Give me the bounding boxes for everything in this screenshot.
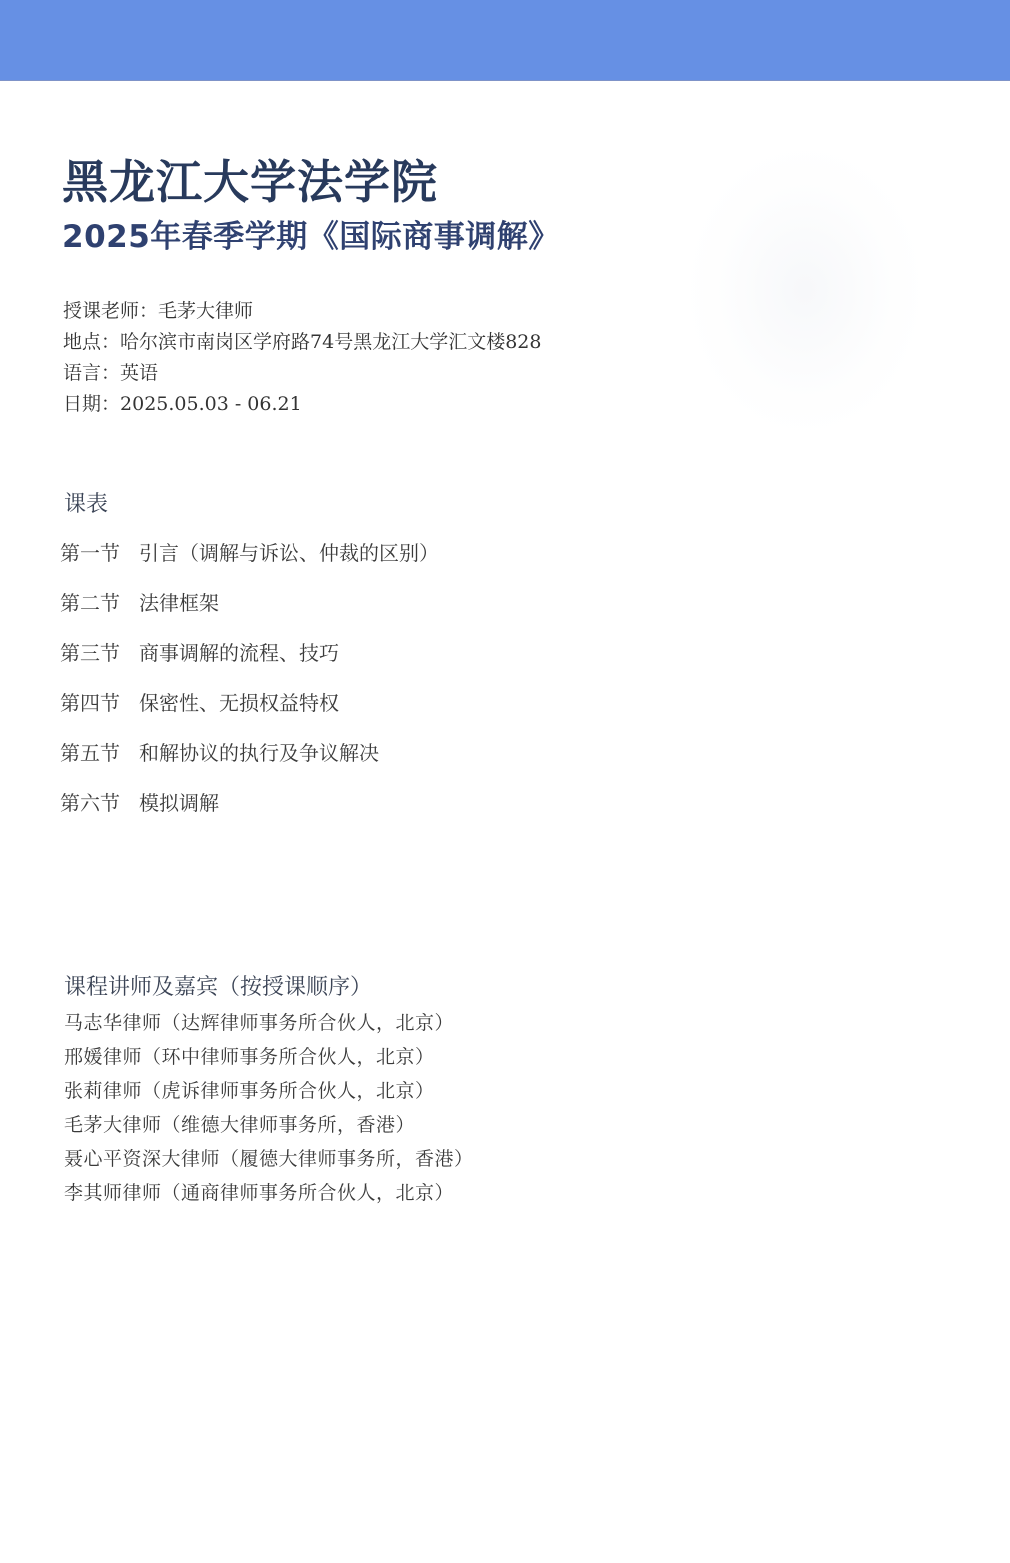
lesson-item: 第一节 引言（调解与诉讼、仲裁的区别） [60, 535, 439, 585]
lesson-topic: 商事调解的流程、技巧 [139, 635, 339, 685]
lesson-topic: 和解协议的执行及争议解决 [139, 735, 379, 785]
meta-location: 地点：哈尔滨市南岗区学府路74号黑龙江大学汇文楼828 [63, 327, 541, 358]
instructors-list: 马志华律师（达辉律师事务所合伙人，北京） 邢媛律师（环中律师事务所合伙人，北京）… [64, 1006, 474, 1210]
lesson-number: 第二节 [60, 585, 139, 635]
header-band [0, 0, 1010, 81]
meta-value: 2025.05.03 - 06.21 [120, 393, 302, 415]
instructor-item: 李其师律师（通商律师事务所合伙人，北京） [64, 1176, 474, 1210]
lesson-item: 第二节 法律框架 [60, 585, 439, 635]
schedule-list: 第一节 引言（调解与诉讼、仲裁的区别） 第二节 法律框架 第三节 商事调解的流程… [60, 535, 439, 835]
lesson-item: 第四节 保密性、无损权益特权 [60, 685, 439, 735]
meta-value: 哈尔滨市南岗区学府路74号黑龙江大学汇文楼828 [120, 331, 541, 353]
instructors-heading: 课程讲师及嘉宾（按授课顺序） [64, 970, 372, 1001]
meta-language: 语言：英语 [63, 358, 541, 389]
meta-value: 毛茅大律师 [158, 300, 253, 322]
meta-dates: 日期：2025.05.03 - 06.21 [63, 389, 541, 420]
course-info: 授课老师：毛茅大律师 地点：哈尔滨市南岗区学府路74号黑龙江大学汇文楼828 语… [63, 296, 541, 420]
lesson-number: 第四节 [60, 685, 139, 735]
meta-label: 地点： [63, 331, 120, 353]
institution-title: 黑龙江大学法学院 [62, 152, 438, 212]
instructor-item: 毛茅大律师（维德大律师事务所，香港） [64, 1108, 474, 1142]
meta-label: 语言： [63, 362, 120, 384]
lesson-topic: 模拟调解 [139, 785, 219, 835]
course-title: 2025年春季学期《国际商事调解》 [62, 215, 560, 259]
instructor-item: 聂心平资深大律师（履德大律师事务所，香港） [64, 1142, 474, 1176]
meta-label: 日期： [63, 393, 120, 415]
instructor-item: 马志华律师（达辉律师事务所合伙人，北京） [64, 1006, 474, 1040]
instructor-item: 张莉律师（虎诉律师事务所合伙人，北京） [64, 1074, 474, 1108]
lesson-item: 第五节 和解协议的执行及争议解决 [60, 735, 439, 785]
meta-value: 英语 [120, 362, 158, 384]
lesson-number: 第六节 [60, 785, 139, 835]
lesson-number: 第五节 [60, 735, 139, 785]
lesson-topic: 法律框架 [139, 585, 219, 635]
lesson-number: 第一节 [60, 535, 139, 585]
schedule-heading: 课表 [64, 487, 108, 518]
meta-label: 授课老师： [63, 300, 158, 322]
faded-watermark-image [690, 150, 920, 430]
lesson-item: 第六节 模拟调解 [60, 785, 439, 835]
lesson-number: 第三节 [60, 635, 139, 685]
meta-instructor: 授课老师：毛茅大律师 [63, 296, 541, 327]
instructor-item: 邢媛律师（环中律师事务所合伙人，北京） [64, 1040, 474, 1074]
lesson-item: 第三节 商事调解的流程、技巧 [60, 635, 439, 685]
lesson-topic: 保密性、无损权益特权 [139, 685, 339, 735]
lesson-topic: 引言（调解与诉讼、仲裁的区别） [139, 535, 439, 585]
